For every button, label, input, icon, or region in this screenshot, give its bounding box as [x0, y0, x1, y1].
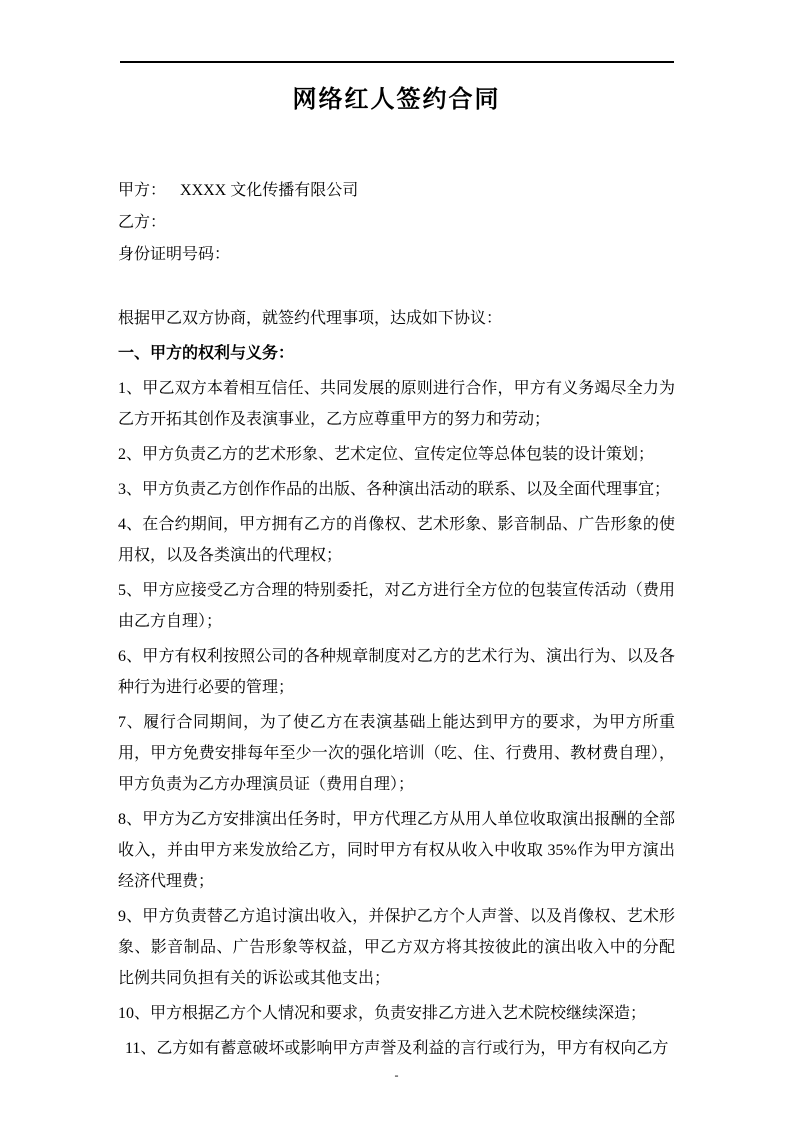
contract-clause-2: 2、甲方负责乙方的艺术形象、艺术定位、宣传定位等总体包装的设计策划； — [118, 439, 675, 470]
intro-paragraph: 根据甲乙双方协商，就签约代理事项，达成如下协议： — [118, 303, 675, 334]
page-number-dash: - — [395, 1068, 399, 1082]
document-title: 网络红人签约合同 — [118, 84, 675, 116]
document-content: 网络红人签约合同 甲方：XXXX 文化传播有限公司 乙方： 身份证明号码： 根据… — [118, 84, 675, 1082]
party-a-label: 甲方： — [118, 182, 166, 199]
contract-clause-6: 6、甲方有权利按照公司的各种规章制度对乙方的艺术行为、演出行为、以及各种行为进行… — [118, 641, 675, 703]
id-number-line: 身份证明号码： — [118, 239, 675, 271]
contract-clause-8: 8、甲方为乙方安排演出任务时，甲方代理乙方从用人单位收取演出报酬的全部收入，并由… — [118, 804, 675, 897]
contract-clause-11: 11、乙方如有蓄意破坏或影响甲方声誉及利益的言行或行为，甲方有权向乙方 — [118, 1033, 675, 1064]
document-page: 网络红人签约合同 甲方：XXXX 文化传播有限公司 乙方： 身份证明号码： 根据… — [0, 0, 793, 1122]
section-heading: 一、甲方的权利与义务： — [118, 338, 675, 369]
party-b-line: 乙方： — [118, 207, 675, 239]
header-rule — [120, 61, 674, 63]
contract-clause-1: 1、甲乙双方本着相互信任、共同发展的原则进行合作，甲方有义务竭尽全力为乙方开拓其… — [118, 373, 675, 435]
contract-clause-7: 7、履行合同期间，为了使乙方在表演基础上能达到甲方的要求，为甲方所重用，甲方免费… — [118, 707, 675, 800]
contract-clause-5: 5、甲方应接受乙方合理的特别委托，对乙方进行全方位的包装宣传活动（费用由乙方自理… — [118, 575, 675, 637]
contract-clause-3: 3、甲方负责乙方创作作品的出版、各种演出活动的联系、以及全面代理事宜； — [118, 474, 675, 505]
party-a-value: XXXX 文化传播有限公司 — [180, 182, 358, 199]
contract-clause-9: 9、甲方负责替乙方追讨演出收入，并保护乙方个人声誉、以及肖像权、艺术形象、影音制… — [118, 901, 675, 994]
contract-clause-10: 10、甲方根据乙方个人情况和要求，负责安排乙方进入艺术院校继续深造； — [118, 998, 675, 1029]
party-a-line: 甲方：XXXX 文化传播有限公司 — [118, 175, 675, 207]
contract-clause-4: 4、在合约期间，甲方拥有乙方的肖像权、艺术形象、影音制品、广告形象的使用权，以及… — [118, 509, 675, 571]
page-footer: - — [118, 1068, 675, 1082]
